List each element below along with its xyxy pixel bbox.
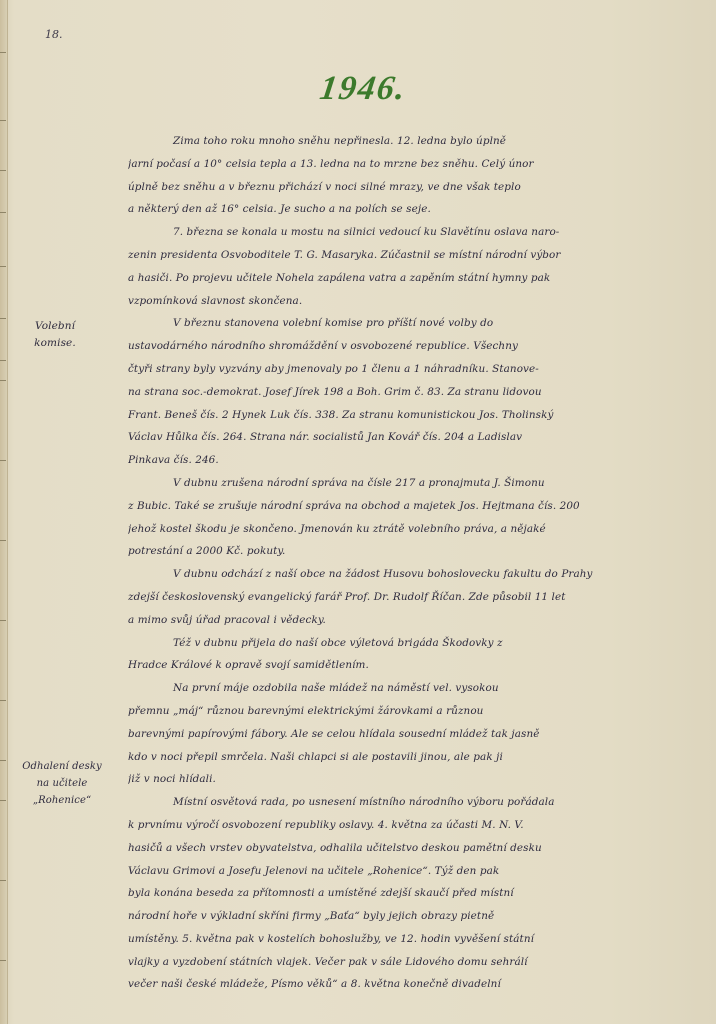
text-line: hasičů a všech vrstev obyvatelstva, odha… bbox=[128, 837, 698, 860]
paragraph-maypole: Na první máje ozdobila naše mládež na ná… bbox=[128, 677, 698, 791]
text-line: z Bubic. Také se zrušuje národní správa … bbox=[128, 495, 698, 518]
paragraph-national-administration: V dubnu zrušena národní správa na čísle … bbox=[128, 472, 698, 563]
handwritten-body: Zima toho roku mnoho sněhu nepřinesla. 1… bbox=[128, 130, 698, 996]
margin-note-plaque-unveiling: Odhalení desky na učitele „Rohenice“ bbox=[6, 758, 118, 809]
text-line: Místní osvětová rada, po usnesení místní… bbox=[128, 791, 698, 814]
text-line: Václavu Grimovi a Josefu Jelenovi na uči… bbox=[128, 860, 698, 883]
year-heading: 1946. bbox=[317, 70, 409, 108]
margin-note-line: na učitele bbox=[6, 775, 118, 792]
text-line: a mimo svůj úřad pracoval i vědecky. bbox=[128, 609, 698, 632]
chronicle-page: 18. 1946. Volební komise. Odhalení desky… bbox=[0, 0, 716, 1024]
text-line: zdejší československý evangelický farář … bbox=[128, 586, 698, 609]
text-line: Hradce Králové k opravě svojí samidětlen… bbox=[128, 654, 698, 677]
margin-note-line: komise. bbox=[10, 335, 100, 352]
page-number: 18. bbox=[45, 28, 63, 41]
margin-note-election-commission: Volební komise. bbox=[10, 318, 100, 352]
text-line: jehož kostel škodu je skončeno. Jmenován… bbox=[128, 518, 698, 541]
text-line: k prvnímu výročí osvobození republiky os… bbox=[128, 814, 698, 837]
text-line: kdo v noci přepil smrčela. Naši chlapci … bbox=[128, 746, 698, 769]
text-line: Též v dubnu přijela do naší obce výletov… bbox=[128, 632, 698, 655]
text-line: Pinkava čís. 246. bbox=[128, 449, 698, 472]
binding-stitch-marks bbox=[0, 0, 7, 1024]
paragraph-election-commission: V březnu stanovena volební komise pro př… bbox=[128, 312, 698, 472]
text-line: byla konána beseda za přítomnosti a umís… bbox=[128, 882, 698, 905]
text-line: vlajky a vyzdobení státních vlajek. Veče… bbox=[128, 951, 698, 974]
paragraph-pastor-departure: V dubnu odchází z naší obce na žádost Hu… bbox=[128, 563, 698, 631]
text-line: 7. března se konala u mostu na silnici v… bbox=[128, 221, 698, 244]
margin-note-line: „Rohenice“ bbox=[6, 792, 118, 809]
text-line: V březnu stanovena volební komise pro př… bbox=[128, 312, 698, 335]
text-line: již v noci hlídali. bbox=[128, 768, 698, 791]
text-line: vzpomínková slavnost skončena. bbox=[128, 290, 698, 313]
text-line: a některý den až 16° celsia. Je sucho a … bbox=[128, 198, 698, 221]
text-line: národní hoře v výkladní skříni firmy „Ba… bbox=[128, 905, 698, 928]
paragraph-winter: Zima toho roku mnoho sněhu nepřinesla. 1… bbox=[128, 130, 698, 221]
text-line: Václav Hůlka čís. 264. Strana nár. socia… bbox=[128, 426, 698, 449]
text-line: a hasiči. Po projevu učitele Nohela zapá… bbox=[128, 267, 698, 290]
text-line: Zima toho roku mnoho sněhu nepřinesla. 1… bbox=[128, 130, 698, 153]
text-line: V dubnu zrušena národní správa na čísle … bbox=[128, 472, 698, 495]
text-line: přemnu „máj“ různou barevnými elektrický… bbox=[128, 700, 698, 723]
text-line: Frant. Beneš čís. 2 Hynek Luk čís. 338. … bbox=[128, 404, 698, 427]
text-line: potrestání a 2000 Kč. pokuty. bbox=[128, 540, 698, 563]
text-line: umístěny. 5. května pak v kostelích boho… bbox=[128, 928, 698, 951]
text-line: úplně bez sněhu a v březnu přichází v no… bbox=[128, 176, 698, 199]
text-line: čtyři strany byly vyzvány aby jmenovaly … bbox=[128, 358, 698, 381]
text-line: zenin presidenta Osvoboditele T. G. Masa… bbox=[128, 244, 698, 267]
text-line: ustavodárného národního shromáždění v os… bbox=[128, 335, 698, 358]
text-line: barevnými papírovými fábory. Ale se celo… bbox=[128, 723, 698, 746]
text-line: na strana soc.-demokrat. Josef Jírek 198… bbox=[128, 381, 698, 404]
text-line: Na první máje ozdobila naše mládež na ná… bbox=[128, 677, 698, 700]
margin-note-line: Volební bbox=[10, 318, 100, 335]
text-line: V dubnu odchází z naší obce na žádost Hu… bbox=[128, 563, 698, 586]
paragraph-masaryk-celebration: 7. března se konala u mostu na silnici v… bbox=[128, 221, 698, 312]
paragraph-brigade: Též v dubnu přijela do naší obce výletov… bbox=[128, 632, 698, 678]
margin-note-line: Odhalení desky bbox=[6, 758, 118, 775]
text-line: večer naši české mládeže, Písmo věků“ a … bbox=[128, 973, 698, 996]
text-line: jarní počasí a 10° celsia tepla a 13. le… bbox=[128, 153, 698, 176]
paragraph-liberation-anniversary: Místní osvětová rada, po usnesení místní… bbox=[128, 791, 698, 996]
